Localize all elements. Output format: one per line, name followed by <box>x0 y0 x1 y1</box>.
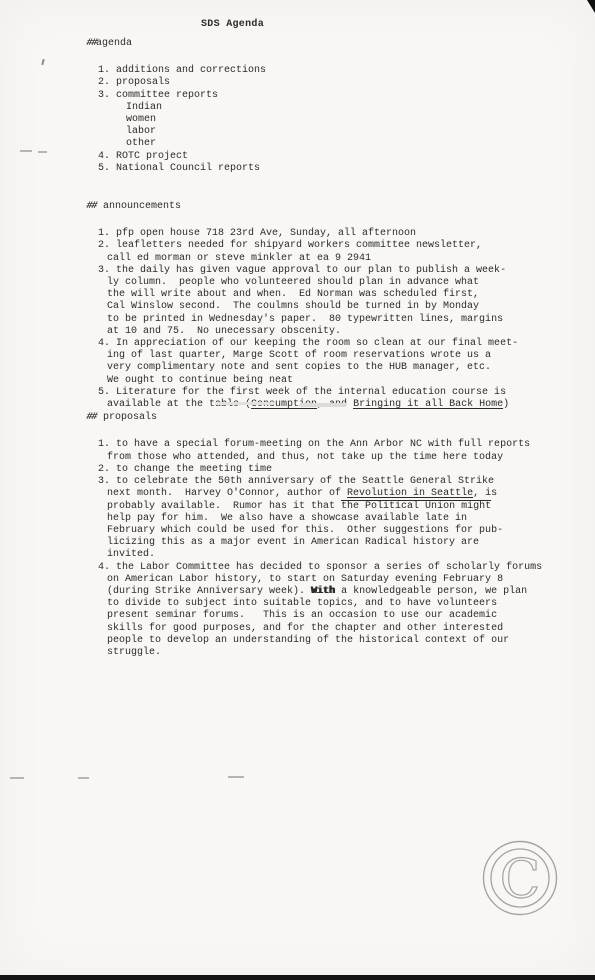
text-segment: the will write about and when. Ed Norman… <box>107 289 479 300</box>
item-line: 2.to change the meeting time <box>98 464 583 476</box>
text-segment: With <box>311 586 335 597</box>
text-segment: people to develop an understanding of th… <box>107 635 509 646</box>
item-number: 4. <box>98 338 116 350</box>
section-items: 1.pfp open house 718 23rd Ave, Sunday, a… <box>98 228 583 411</box>
item-line: 2.leafletters needed for shipyard worker… <box>98 240 583 252</box>
document-body: ##agenda1.additions and corrections2.pro… <box>86 38 583 659</box>
text-segment: the Labor Committee has decided to spons… <box>116 562 542 573</box>
text-segment: to celebrate the 50th anniversary of the… <box>116 476 494 487</box>
text-segment: leafletters needed for shipyard workers … <box>116 240 482 251</box>
list-item: 1.to have a special forum-meeting on the… <box>98 439 583 463</box>
item-line: 4.ROTC project <box>98 151 583 163</box>
item-line: the will write about and when. Ed Norman… <box>98 289 583 301</box>
item-line: invited. <box>98 549 583 561</box>
item-line: 3.the daily has given vague approval to … <box>98 265 583 277</box>
scan-corner-artifact <box>587 0 595 13</box>
section-proposals: ##proposals1.to have a special forum-mee… <box>86 412 583 659</box>
text-segment: skills for good purposes, and for the ch… <box>107 623 503 634</box>
item-line: at 10 and 75. No unecessary obscenity. <box>98 326 583 338</box>
text-segment: , is <box>473 488 497 499</box>
section-heading: ##agenda <box>86 38 583 50</box>
sub-item: other <box>98 138 583 150</box>
item-line: 4.the Labor Committee has decided to spo… <box>98 562 583 574</box>
text-segment: the Political Union might <box>341 501 491 512</box>
item-line: Cal Winslow second. The coulmns should b… <box>98 301 583 313</box>
list-item: 4.In appreciation of our keeping the roo… <box>98 338 583 387</box>
item-line: 3.to celebrate the 50th anniversary of t… <box>98 476 583 488</box>
sub-item: labor <box>98 126 583 138</box>
text-segment: to change the meeting time <box>116 464 272 475</box>
text-segment: proposals <box>116 77 170 88</box>
text-segment: a knowledgeable person, we plan <box>335 586 527 597</box>
text-segment: (during Strike Anniversary week). <box>107 586 311 597</box>
item-line: We ought to continue being neat <box>98 375 583 387</box>
item-number: 4. <box>98 562 116 574</box>
text-segment: help pay for him. We also have a showcas… <box>107 513 467 524</box>
copyright-watermark-icon: C <box>481 839 559 917</box>
text-segment: National Council reports <box>116 163 260 174</box>
item-number: 1. <box>98 439 116 451</box>
text-segment: ly column. people who volunteered should… <box>107 277 479 288</box>
text-segment: at 10 and 75. No unecessary obscenity. <box>107 326 341 337</box>
scan-smudge <box>300 403 346 407</box>
item-number: 2. <box>98 77 116 89</box>
text-segment: committee reports <box>116 90 218 101</box>
item-line: to be printed in Wednesday's paper. 80 t… <box>98 314 583 326</box>
text-segment: the daily has given vague approval to ou… <box>116 265 506 276</box>
text-segment: We ought to continue being neat <box>107 375 293 386</box>
scan-smudge <box>10 777 24 779</box>
text-segment: February which could be used for this. O… <box>107 525 503 536</box>
scanned-document-page: SDS Agenda ##agenda1.additions and corre… <box>0 0 595 980</box>
item-line: help pay for him. We also have a showcas… <box>98 513 583 525</box>
list-item: 3.to celebrate the 50th anniversary of t… <box>98 476 583 561</box>
item-line: very complimentary note and sent copies … <box>98 362 583 374</box>
item-number: 2. <box>98 464 116 476</box>
item-line: to divide to subject into suitable topic… <box>98 598 583 610</box>
section-heading-label: agenda <box>96 38 132 49</box>
item-line: call ed morman or steve minkler at ea 9 … <box>98 253 583 265</box>
text-segment: In appreciation of our keeping the room … <box>116 338 518 349</box>
section-items: 1.to have a special forum-meeting on the… <box>98 439 583 659</box>
item-number: 2. <box>98 240 116 252</box>
list-item: 5.National Council reports <box>98 163 583 175</box>
item-line: next month. Harvey O'Connor, author of R… <box>98 488 583 500</box>
section-marker: ## <box>84 412 97 424</box>
section-announcements: ##announcements1.pfp open house 718 23rd… <box>86 201 583 411</box>
item-line: 1.to have a special forum-meeting on the… <box>98 439 583 451</box>
item-number: 1. <box>98 65 116 77</box>
section-heading-label: proposals <box>103 412 157 423</box>
text-segment: ROTC project <box>116 151 188 162</box>
item-line: people to develop an understanding of th… <box>98 635 583 647</box>
text-segment: ) <box>503 399 509 410</box>
section-heading: ##announcements <box>86 201 583 213</box>
text-segment: ing of last quarter, Marge Scott of room… <box>107 350 491 361</box>
item-line: 3.committee reports <box>98 90 583 102</box>
list-item: 3.committee reportsIndianwomenlaborother <box>98 90 583 151</box>
scan-smudge <box>38 151 47 153</box>
item-line: 2.proposals <box>98 77 583 89</box>
scan-smudge <box>228 776 244 778</box>
text-segment: Bringing it all Back Home <box>353 399 503 410</box>
item-line: February which could be used for this. O… <box>98 525 583 537</box>
item-number: 5. <box>98 163 116 175</box>
list-item: 4.the Labor Committee has decided to spo… <box>98 562 583 660</box>
scan-smudge <box>78 777 89 779</box>
item-line: 4.In appreciation of our keeping the roo… <box>98 338 583 350</box>
item-line: (during Strike Anniversary week). With a… <box>98 586 583 598</box>
list-item: 4.ROTC project <box>98 151 583 163</box>
list-item: 1.pfp open house 718 23rd Ave, Sunday, a… <box>98 228 583 240</box>
section-heading: ##proposals <box>86 412 583 424</box>
document-title: SDS Agenda <box>201 19 264 31</box>
item-line: licizing this as a major event in Americ… <box>98 537 583 549</box>
text-segment: additions and corrections <box>116 65 266 76</box>
item-line: from those who attended, and thus, not t… <box>98 452 583 464</box>
item-number: 5. <box>98 387 116 399</box>
text-segment: Cal Winslow second. The coulmns should b… <box>107 301 479 312</box>
scan-smudge <box>20 150 32 152</box>
text-segment: very complimentary note and sent copies … <box>107 362 491 373</box>
list-item: 2.to change the meeting time <box>98 464 583 476</box>
item-line: 1.additions and corrections <box>98 65 583 77</box>
section-heading-label: announcements <box>103 201 181 212</box>
item-number: 1. <box>98 228 116 240</box>
list-item: 2.proposals <box>98 77 583 89</box>
item-line: probably available. Rumor has it that th… <box>98 501 583 513</box>
text-segment: next month. Harvey O'Connor, author of <box>107 488 347 499</box>
item-line: ing of last quarter, Marge Scott of room… <box>98 350 583 362</box>
item-line: 5.Literature for the first week of the i… <box>98 387 583 399</box>
list-item: 5.Literature for the first week of the i… <box>98 387 583 411</box>
text-segment: to divide to subject into suitable topic… <box>107 598 497 609</box>
item-number: 4. <box>98 151 116 163</box>
text-segment: on American Labor history, to start on S… <box>107 574 503 585</box>
text-segment: pfp open house 718 23rd Ave, Sunday, all… <box>116 228 416 239</box>
text-segment: present seminar forums. This is an occas… <box>107 610 497 621</box>
sub-item: Indian <box>98 102 583 114</box>
pen-tick-mark <box>41 59 44 65</box>
list-item: 2.leafletters needed for shipyard worker… <box>98 240 583 264</box>
list-item: 3.the daily has given vague approval to … <box>98 265 583 338</box>
text-segment: from those who attended, and thus, not t… <box>107 452 503 463</box>
item-line: struggle. <box>98 647 583 659</box>
list-item: 1.additions and corrections <box>98 65 583 77</box>
section-items: 1.additions and corrections2.proposals3.… <box>98 65 583 175</box>
item-line: ly column. people who volunteered should… <box>98 277 583 289</box>
scan-smudge <box>215 402 275 405</box>
text-segment: call ed morman or steve minkler at ea 9 … <box>107 253 371 264</box>
text-segment: struggle. <box>107 647 161 658</box>
section-agenda: ##agenda1.additions and corrections2.pro… <box>86 38 583 175</box>
item-line: skills for good purposes, and for the ch… <box>98 623 583 635</box>
section-marker: ## <box>84 201 97 213</box>
text-segment: Literature for the first week of the int… <box>116 387 506 398</box>
watermark-letter: C <box>500 849 541 910</box>
item-line: on American Labor history, to start on S… <box>98 574 583 586</box>
item-number: 3. <box>98 476 116 488</box>
item-line: 1.pfp open house 718 23rd Ave, Sunday, a… <box>98 228 583 240</box>
item-line: present seminar forums. This is an occas… <box>98 610 583 622</box>
item-line: 5.National Council reports <box>98 163 583 175</box>
item-number: 3. <box>98 90 116 102</box>
text-segment: licizing this as a major event in Americ… <box>107 537 479 548</box>
text-segment: to have a special forum-meeting on the A… <box>116 439 530 450</box>
sub-item: women <box>98 114 583 126</box>
scan-edge-bottom <box>0 975 595 980</box>
text-segment: Revolution in Seattle <box>347 488 473 499</box>
text-segment: invited. <box>107 549 155 560</box>
text-segment: probably available. Rumor has it that <box>107 501 341 512</box>
item-number: 3. <box>98 265 116 277</box>
text-segment: to be printed in Wednesday's paper. 80 t… <box>107 314 503 325</box>
